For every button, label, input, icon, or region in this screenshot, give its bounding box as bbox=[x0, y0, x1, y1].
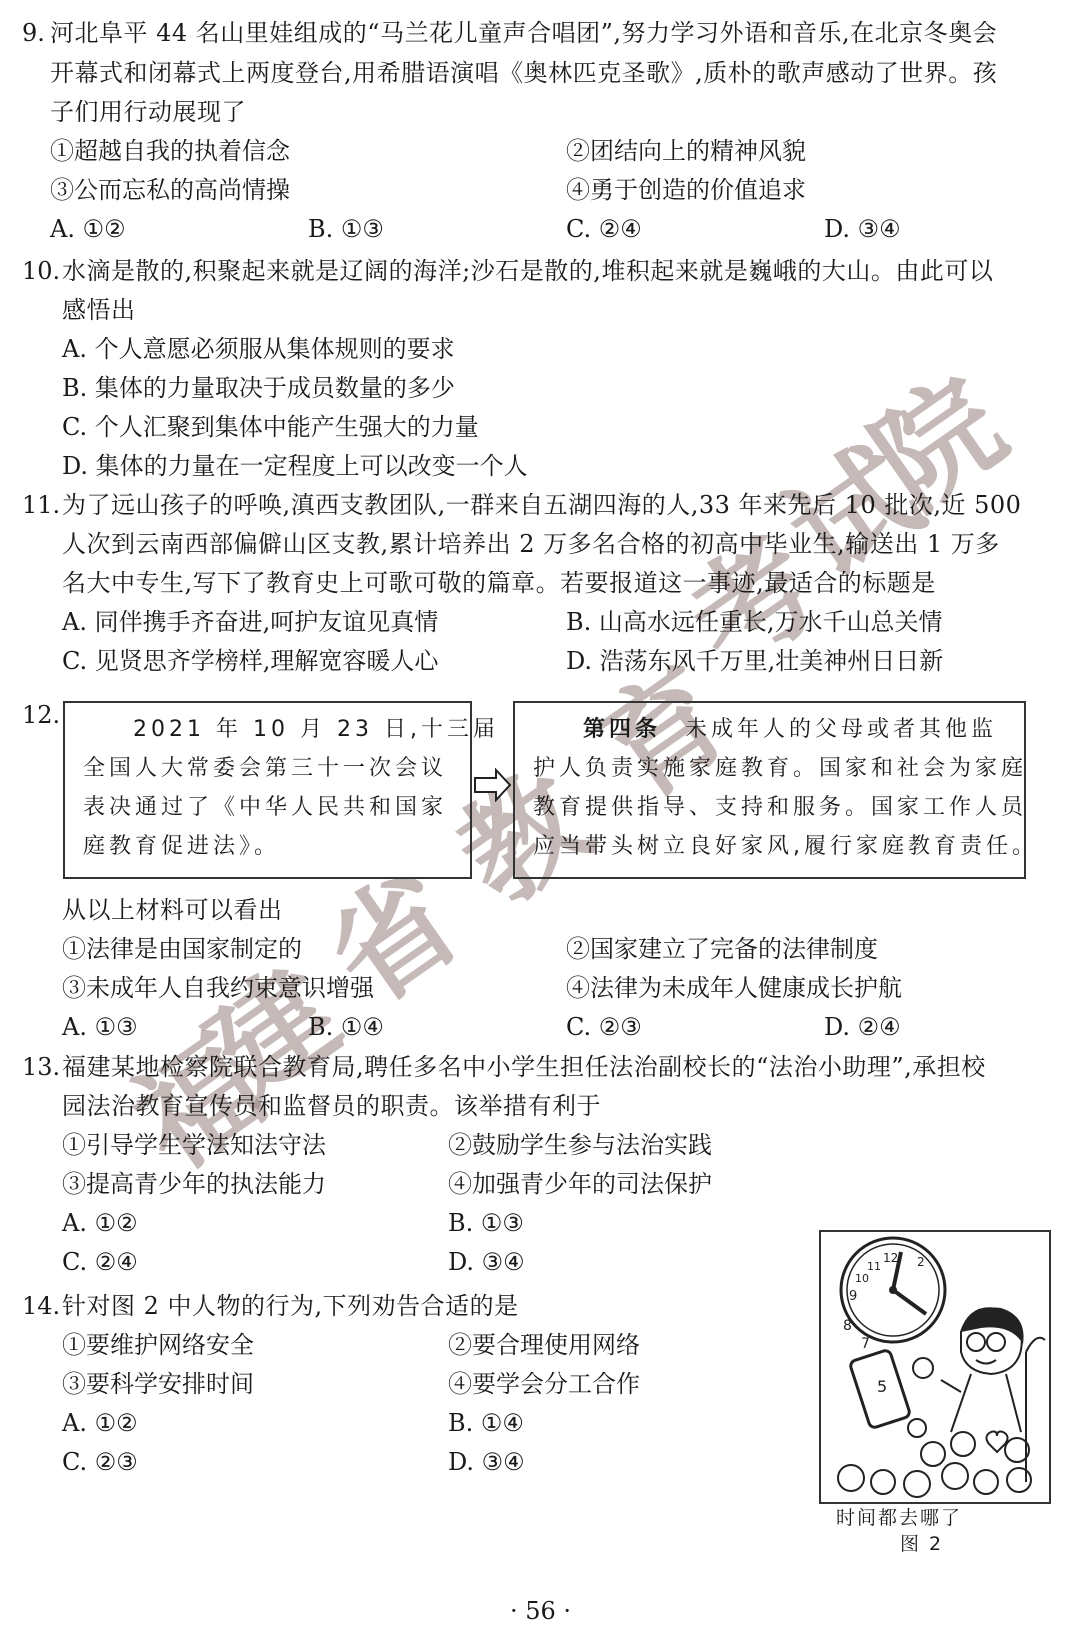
choice-b: B. ①③ bbox=[308, 214, 384, 244]
statement-3: ③要科学安排时间 bbox=[62, 1369, 254, 1399]
question-stem-line: 福建某地检察院联合教育局,聘任多名中小学生担任法治副校长的“法治小助理”,承担校 bbox=[62, 1052, 986, 1082]
choice-c: C. ②④ bbox=[566, 214, 642, 244]
page-number: · 56 · bbox=[510, 1596, 571, 1626]
question-number: 9. bbox=[22, 18, 45, 48]
choice-c: C. ②③ bbox=[566, 1012, 642, 1042]
statement-3: ③未成年人自我约束意识增强 bbox=[62, 973, 374, 1003]
question-number: 11. bbox=[22, 490, 60, 520]
statement-1: ①引导学生学法知法守法 bbox=[62, 1130, 326, 1160]
choice-d: D. ③④ bbox=[448, 1247, 525, 1277]
statement-2: ②国家建立了完备的法律制度 bbox=[566, 934, 878, 964]
statement-4: ④勇于创造的价值追求 bbox=[566, 175, 806, 205]
material-line: 全国人大常委会第三十一次会议 bbox=[83, 754, 447, 784]
figure-2-illustration: 12 2 11 10 9 8 7 5 bbox=[819, 1230, 1051, 1504]
choice-a: A. ①② bbox=[62, 1208, 138, 1238]
material-line: 庭教育促进法》。 bbox=[83, 832, 280, 862]
choice-d: D. ②④ bbox=[824, 1012, 901, 1042]
choice-d: D. ③④ bbox=[448, 1447, 525, 1477]
question-stem-line: 人次到云南西部偏僻山区支教,累计培养出 2 万多名合格的初高中毕业生,输送出 1… bbox=[62, 529, 1000, 559]
figure-caption: 时间都去哪了 bbox=[836, 1505, 962, 1531]
choice-a: A. 同伴携手齐奋进,呵护友谊见真情 bbox=[62, 607, 438, 637]
material-line: 2021 年 10 月 23 日,十三届 bbox=[133, 715, 499, 745]
question-stem-line: 开幕式和闭幕式上两度登台,用希腊语演唱《奥林匹克圣歌》,质朴的歌声感动了世界。孩 bbox=[50, 58, 997, 88]
statement-1: ①超越自我的执着信念 bbox=[50, 136, 290, 166]
arrow-right-icon bbox=[474, 768, 512, 802]
article-title: 第四条 bbox=[583, 715, 661, 745]
choice-c: C. ②④ bbox=[62, 1247, 138, 1277]
svg-text:8: 8 bbox=[843, 1318, 852, 1334]
question-stem-line: 园法治教育宣传员和监督员的职责。该举措有利于 bbox=[62, 1091, 601, 1121]
statement-2: ②鼓励学生参与法治实践 bbox=[448, 1130, 712, 1160]
question-number: 12. bbox=[22, 700, 60, 730]
question-number: 13. bbox=[22, 1052, 60, 1082]
choice-a: A. ①② bbox=[50, 214, 126, 244]
question-stem-line: 针对图 2 中人物的行为,下列劝告合适的是 bbox=[62, 1291, 519, 1321]
svg-text:9: 9 bbox=[849, 1289, 857, 1304]
choice-b: B. 集体的力量取决于成员数量的多少 bbox=[62, 373, 455, 403]
question-stem-line: 感悟出 bbox=[62, 295, 136, 325]
choice-a: A. ①③ bbox=[62, 1012, 138, 1042]
question-stem-line: 为了远山孩子的呼唤,滇西支教团队,一群来自五湖四海的人,33 年来先后 10 批… bbox=[62, 490, 1021, 520]
question-stem-line: 名大中专生,写下了教育史上可歌可敬的篇章。若要报道这一事迹,最适合的标题是 bbox=[62, 568, 936, 598]
person-figure bbox=[941, 1308, 1045, 1483]
question-number: 10. bbox=[22, 256, 60, 286]
choice-b: B. 山高水远任重长,万水千山总关情 bbox=[566, 607, 943, 637]
statement-3: ③提高青少年的执法能力 bbox=[62, 1169, 326, 1199]
material-box-left: 2021 年 10 月 23 日,十三届 全国人大常委会第三十一次会议 表决通过… bbox=[63, 701, 472, 879]
statement-1: ①法律是由国家制定的 bbox=[62, 934, 302, 964]
cartoon-drawing: 12 2 11 10 9 8 7 5 bbox=[821, 1232, 1049, 1502]
choice-a: A. 个人意愿必须服从集体规则的要求 bbox=[62, 334, 455, 364]
statement-4: ④加强青少年的司法保护 bbox=[448, 1169, 712, 1199]
question-stem-line: 从以上材料可以看出 bbox=[62, 895, 283, 925]
material-box-right: 第四条 未成年人的父母或者其他监 护人负责实施家庭教育。国家和社会为家庭 教育提… bbox=[513, 701, 1026, 879]
material-line: 护人负责实施家庭教育。国家和社会为家庭 bbox=[533, 754, 1027, 784]
choice-b: B. ①③ bbox=[448, 1208, 524, 1238]
emoji-icons bbox=[838, 1358, 1031, 1497]
statement-3: ③公而忘私的高尚情操 bbox=[50, 175, 290, 205]
choice-b: B. ①④ bbox=[308, 1012, 384, 1042]
choice-a: A. ①② bbox=[62, 1408, 138, 1438]
material-line: 表决通过了《中华人民共和国家 bbox=[83, 793, 447, 823]
material-line: 应当带头树立良好家风,履行家庭教育责任。 bbox=[533, 832, 1038, 862]
svg-text:2: 2 bbox=[917, 1255, 925, 1269]
svg-text:10: 10 bbox=[855, 1272, 869, 1285]
svg-text:5: 5 bbox=[877, 1377, 887, 1396]
clock-number: 12 bbox=[883, 1251, 898, 1265]
material-line: 教育提供指导、支持和服务。国家工作人员 bbox=[533, 793, 1027, 823]
statement-4: ④要学会分工合作 bbox=[448, 1369, 640, 1399]
figure-label: 图 2 bbox=[900, 1531, 943, 1557]
choice-c: C. 个人汇聚到集体中能产生强大的力量 bbox=[62, 412, 479, 442]
question-stem-line: 河北阜平 44 名山里娃组成的“马兰花儿童声合唱团”,努力学习外语和音乐,在北京… bbox=[50, 18, 997, 48]
question-stem-line: 水滴是散的,积聚起来就是辽阔的海洋;沙石是散的,堆积起来就是巍峨的大山。由此可以 bbox=[62, 256, 993, 286]
statement-4: ④法律为未成年人健康成长护航 bbox=[566, 973, 902, 1003]
choice-c: C. 见贤思齐学榜样,理解宽容暖人心 bbox=[62, 646, 438, 676]
choice-d: D. ③④ bbox=[824, 214, 901, 244]
statement-2: ②团结向上的精神风貌 bbox=[566, 136, 806, 166]
svg-text:11: 11 bbox=[867, 1260, 881, 1273]
question-number: 14. bbox=[22, 1291, 60, 1321]
choice-d: D. 浩荡东风千万里,壮美神州日日新 bbox=[566, 646, 943, 676]
question-stem-line: 子们用行动展现了 bbox=[50, 97, 246, 127]
choice-d: D. 集体的力量在一定程度上可以改变一个人 bbox=[62, 451, 528, 481]
choice-c: C. ②③ bbox=[62, 1447, 138, 1477]
statement-1: ①要维护网络安全 bbox=[62, 1330, 254, 1360]
statement-2: ②要合理使用网络 bbox=[448, 1330, 640, 1360]
svg-text:7: 7 bbox=[861, 1336, 870, 1352]
material-line: 未成年人的父母或者其他监 bbox=[685, 715, 997, 745]
choice-b: B. ①④ bbox=[448, 1408, 524, 1438]
